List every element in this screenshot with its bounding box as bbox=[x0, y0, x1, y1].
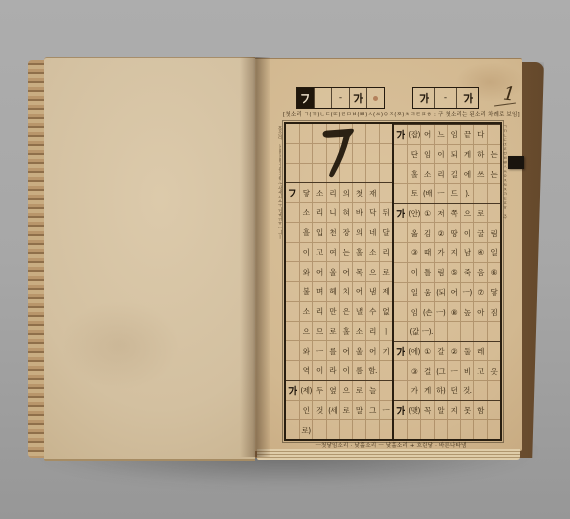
grid-cell: 갈 bbox=[434, 342, 447, 361]
grid-cell: 이 bbox=[339, 361, 352, 380]
grid-cell: ㅡ bbox=[434, 184, 447, 203]
grid-cell: 죽 bbox=[460, 263, 473, 282]
grid-cell: 높 bbox=[460, 302, 473, 321]
grid-cell: 를 bbox=[326, 341, 339, 360]
grid-row: 일움(되어ㅡ)⑦닿 bbox=[394, 282, 500, 302]
grid-cell: 꼭 bbox=[420, 401, 433, 420]
grid-cell: 기 bbox=[379, 341, 392, 360]
grid-cell: 하) bbox=[434, 381, 447, 400]
grid-cell: 와 bbox=[299, 262, 312, 281]
photo-of-open-book: - - 1 [첫소리 ㄱ(ㄲ)ㄴㄷ(ㄸ)ㄹㅁㅂ(ㅃ)ㅅ(ㅆ)ㅇㅈ(ㅉ)ㅊㅋㅌㅍㅎ… bbox=[0, 0, 570, 519]
grid-row: (제)두옆으로늘 bbox=[286, 380, 392, 400]
grid-cell: 리 bbox=[326, 183, 339, 202]
grid-cell: 리 bbox=[379, 243, 392, 262]
headword bbox=[394, 322, 407, 341]
grid-cell: 는 bbox=[487, 145, 500, 164]
consonant-index-legend: [첫소리 ㄱ(ㄲ)ㄴㄷ(ㄸ)ㄹㅁㅂ(ㅃ)ㅅ(ㅆ)ㅇㅈ(ㅉ)ㅊㅋㅌㅍㅎ : 구 첫… bbox=[283, 110, 521, 121]
grid-cell: 끝 bbox=[460, 125, 473, 144]
grid-cell: 수 bbox=[365, 302, 378, 321]
grid-cell bbox=[365, 144, 378, 163]
grid-cell: 혀 bbox=[339, 203, 352, 222]
headword bbox=[286, 282, 299, 301]
grid-cell: 의 bbox=[339, 183, 352, 202]
grid-cell: 소 bbox=[312, 183, 325, 202]
dictionary-grid: 닿소리의첫재소리니혀바닥뒤흘입천장의네달이고여는홀소리와어울어목으로불며헤치어냄… bbox=[284, 122, 502, 441]
grid-cell: 일 bbox=[407, 283, 420, 302]
grid-cell: 으 bbox=[339, 381, 352, 400]
headword bbox=[286, 223, 299, 242]
grid-cell: 소 bbox=[420, 164, 433, 183]
grid-cell bbox=[473, 381, 486, 400]
grid-cell bbox=[487, 342, 500, 361]
grid-cell: 이 bbox=[460, 223, 473, 242]
grid-cell: 의 bbox=[352, 223, 365, 242]
grid-cell: 소 bbox=[299, 203, 312, 222]
grid-cell bbox=[487, 401, 500, 420]
headword bbox=[286, 203, 299, 222]
grid-cell: 늘 bbox=[365, 381, 378, 400]
grid-row: 와ㅡ를어울어기 bbox=[286, 340, 392, 360]
grid-cell: 네 bbox=[365, 223, 378, 242]
grid-cell: 때 bbox=[420, 243, 433, 262]
grid-cell: 홀 bbox=[352, 243, 365, 262]
grid-cell: 울 bbox=[352, 341, 365, 360]
headword bbox=[394, 243, 407, 262]
grid-cell: 저 bbox=[434, 204, 447, 223]
grid-cell: 던 bbox=[447, 381, 460, 400]
grid-row bbox=[394, 419, 500, 439]
grid-cell: (배 bbox=[420, 184, 433, 203]
grid-cell bbox=[420, 420, 433, 439]
grid-cell: 그 bbox=[365, 401, 378, 420]
grid-row: 옮김②땅이굴림 bbox=[394, 222, 500, 242]
grid-cell bbox=[473, 420, 486, 439]
grid-cell bbox=[487, 204, 500, 223]
grid-cell bbox=[434, 420, 447, 439]
grid-cell: ⑤ bbox=[447, 263, 460, 282]
grid-row: (맺)꼭알지못함 bbox=[394, 400, 500, 420]
grid-row: 닿소리의첫재 bbox=[286, 182, 392, 202]
grid-cell: 으 bbox=[299, 322, 312, 341]
guide-cell bbox=[456, 88, 478, 108]
grid-cell: 제 bbox=[379, 282, 392, 301]
headword bbox=[286, 144, 299, 163]
grid-cell: (에) bbox=[407, 342, 420, 361]
grid-cell: ② bbox=[447, 342, 460, 361]
headword bbox=[394, 420, 407, 439]
grid-cell: 고 bbox=[312, 243, 325, 262]
grid-cell: 홀 bbox=[339, 322, 352, 341]
grid-cell: (안) bbox=[407, 204, 420, 223]
grid-cell: 로 bbox=[352, 381, 365, 400]
grid-cell: ⑧ bbox=[447, 302, 460, 321]
grid-cell bbox=[379, 164, 392, 183]
headword bbox=[394, 145, 407, 164]
headword bbox=[286, 302, 299, 321]
grid-cell bbox=[379, 144, 392, 163]
grid-cell: 목 bbox=[352, 262, 365, 281]
grid-cell: 로 bbox=[473, 204, 486, 223]
big-letter-giyeok bbox=[320, 127, 356, 181]
grid-cell: 알 bbox=[434, 401, 447, 420]
grid-column-right: (잡)어느임끝다단임이되게하는홀소리길에쓰는토(배ㅡ드).(안)①저쪽으로옮김②… bbox=[392, 124, 500, 439]
grid-cell: 리 bbox=[365, 322, 378, 341]
headword bbox=[286, 164, 299, 183]
grid-row: 으므로홀소리ㅣ bbox=[286, 321, 392, 341]
grid-cell bbox=[365, 124, 378, 143]
grid-cell: 지 bbox=[447, 243, 460, 262]
grid-cell: 어 bbox=[312, 262, 325, 281]
grid-row: 소리만은낼수없 bbox=[286, 301, 392, 321]
grid-cell: (제) bbox=[299, 381, 312, 400]
headword bbox=[394, 283, 407, 302]
grid-cell: 바 bbox=[352, 203, 365, 222]
grid-cell bbox=[379, 124, 392, 143]
grid-cell: 림 bbox=[434, 263, 447, 282]
grid-row: 흘입천장의네달 bbox=[286, 222, 392, 242]
grid-cell: 두 bbox=[312, 381, 325, 400]
grid-cell: 닿 bbox=[299, 183, 312, 202]
grid-cell: 라 bbox=[326, 361, 339, 380]
grid-cell: 소 bbox=[365, 243, 378, 262]
grid-cell: 은 bbox=[339, 302, 352, 321]
grid-cell: 홀 bbox=[407, 164, 420, 183]
grid-cell: 쓰 bbox=[473, 164, 486, 183]
grid-row: (에)①갈②둘레 bbox=[394, 341, 500, 361]
grid-cell bbox=[447, 420, 460, 439]
grid-cell: ③ bbox=[407, 243, 420, 262]
headword bbox=[394, 361, 407, 380]
grid-cell: 함 bbox=[473, 401, 486, 420]
headword bbox=[394, 164, 407, 183]
headword bbox=[286, 401, 299, 420]
grid-cell: 길 bbox=[447, 164, 460, 183]
grid-cell: 는 bbox=[339, 243, 352, 262]
grid-cell: 불 bbox=[299, 282, 312, 301]
footer-legend: ㅡ첫닿임소리 · 낮홀소리 ㅡ 낮홀소리 + 흐린닿 · 바른나타냄 bbox=[283, 441, 499, 451]
grid-cell: 인 bbox=[299, 401, 312, 420]
grid-cell: 말 bbox=[352, 401, 365, 420]
grid-cell: 음 bbox=[473, 263, 486, 282]
guide-cell bbox=[297, 88, 314, 108]
grid-cell: 되 bbox=[447, 145, 460, 164]
grid-cell: 땅 bbox=[447, 223, 460, 242]
grid-cell: 어 bbox=[447, 283, 460, 302]
grid-cell: 임 bbox=[420, 145, 433, 164]
grid-cell: 역 bbox=[299, 361, 312, 380]
grid-cell: 단 bbox=[407, 145, 420, 164]
grid-cell: 리 bbox=[312, 203, 325, 222]
grid-cell: 림 bbox=[487, 223, 500, 242]
grid-cell: 으 bbox=[365, 262, 378, 281]
grid-row: 소리니혀바닥뒤 bbox=[286, 202, 392, 222]
grid-cell: (잡) bbox=[407, 125, 420, 144]
grid-row: 역이라이름함. bbox=[286, 360, 392, 380]
grid-cell: ④ bbox=[473, 243, 486, 262]
headword bbox=[394, 401, 407, 420]
grid-cell: 소 bbox=[299, 302, 312, 321]
grid-cell bbox=[312, 420, 325, 439]
grid-cell: 장 bbox=[339, 223, 352, 242]
headword bbox=[286, 381, 299, 400]
grid-cell: 첫 bbox=[352, 183, 365, 202]
grid-cell: 로 bbox=[339, 401, 352, 420]
grid-row: 가게하)던것. bbox=[394, 380, 500, 400]
grid-cell: 닥 bbox=[365, 203, 378, 222]
grid-cell: 가 bbox=[434, 243, 447, 262]
guide-cell bbox=[413, 88, 434, 108]
headword bbox=[394, 342, 407, 361]
grid-cell bbox=[299, 144, 312, 163]
grid-cell: 못 bbox=[460, 401, 473, 420]
grid-cell: 로 bbox=[326, 322, 339, 341]
grid-cell bbox=[460, 420, 473, 439]
grid-cell: 것. bbox=[460, 381, 473, 400]
grid-row: 와어울어목으로 bbox=[286, 261, 392, 281]
grid-row: 토(배ㅡ드). bbox=[394, 183, 500, 203]
grid-cell: (맺) bbox=[407, 401, 420, 420]
headword bbox=[286, 262, 299, 281]
grid-cell: 남 bbox=[460, 243, 473, 262]
grid-cell bbox=[473, 184, 486, 203]
grid-cell: 어 bbox=[420, 125, 433, 144]
grid-cell: 뒤 bbox=[379, 203, 392, 222]
headword bbox=[394, 381, 407, 400]
guide-word-box-right: - bbox=[412, 87, 479, 109]
grid-cell: ① bbox=[420, 204, 433, 223]
grid-cell: 움 bbox=[420, 283, 433, 302]
grid-cell: 옆 bbox=[326, 381, 339, 400]
grid-cell: 김 bbox=[420, 223, 433, 242]
grid-cell: 치 bbox=[339, 282, 352, 301]
grid-row: (잡)어느임끝다 bbox=[394, 124, 500, 144]
grid-cell bbox=[365, 164, 378, 183]
grid-cell: 천 bbox=[326, 223, 339, 242]
grid-row: 인것(세로말그ㅡ bbox=[286, 400, 392, 420]
grid-cell bbox=[460, 322, 473, 341]
grid-cell: ㅡ bbox=[312, 341, 325, 360]
grid-cell: 임 bbox=[407, 302, 420, 321]
guide-cell: - bbox=[434, 88, 456, 108]
left-page-blank bbox=[44, 57, 255, 461]
grid-cell bbox=[407, 420, 420, 439]
grid-cell: 느 bbox=[434, 125, 447, 144]
grid-cell: 가 bbox=[407, 381, 420, 400]
grid-cell: ㅡ bbox=[447, 361, 460, 380]
grid-cell: 으 bbox=[460, 204, 473, 223]
grid-cell bbox=[379, 183, 392, 202]
grid-cell: 여 bbox=[326, 243, 339, 262]
grid-cell: 에 bbox=[460, 164, 473, 183]
grid-column-left: 닿소리의첫재소리니혀바닥뒤흘입천장의네달이고여는홀소리와어울어목으로불며헤치어냄… bbox=[286, 124, 392, 439]
grid-cell: 름 bbox=[352, 361, 365, 380]
grid-cell: ). bbox=[460, 184, 473, 203]
guide-word-box-left: - bbox=[296, 87, 385, 109]
gutter-shadow bbox=[240, 57, 270, 457]
headword bbox=[394, 204, 407, 223]
grid-cell: 것 bbox=[312, 401, 325, 420]
guide-cell bbox=[366, 88, 384, 108]
grid-cell: 짐 bbox=[487, 302, 500, 321]
grid-cell: (세 bbox=[326, 401, 339, 420]
grid-cell bbox=[339, 420, 352, 439]
grid-cell bbox=[326, 420, 339, 439]
grid-cell bbox=[299, 124, 312, 143]
grid-cell: 레 bbox=[473, 342, 486, 361]
grid-cell: ㅡ bbox=[379, 401, 392, 420]
grid-cell: 옷 bbox=[487, 361, 500, 380]
grid-cell: 고 bbox=[473, 361, 486, 380]
headword bbox=[394, 184, 407, 203]
grid-cell: 비 bbox=[460, 361, 473, 380]
grid-cell bbox=[487, 322, 500, 341]
headword bbox=[394, 302, 407, 321]
headword bbox=[394, 125, 407, 144]
grid-row: ③때가지남④일 bbox=[394, 242, 500, 262]
grid-cell: 소 bbox=[352, 322, 365, 341]
grid-cell: ㅡ) bbox=[434, 302, 447, 321]
stamp-dot bbox=[373, 96, 378, 101]
grid-cell: 게 bbox=[460, 145, 473, 164]
headword bbox=[286, 183, 299, 202]
grid-cell: 어 bbox=[365, 341, 378, 360]
grid-cell: 아 bbox=[473, 302, 486, 321]
grid-cell: 리 bbox=[312, 302, 325, 321]
grid-cell: 재 bbox=[365, 183, 378, 202]
grid-cell: 이 bbox=[434, 145, 447, 164]
headword bbox=[286, 124, 299, 143]
grid-cell bbox=[487, 125, 500, 144]
grid-cell: 흘 bbox=[299, 223, 312, 242]
grid-cell bbox=[447, 322, 460, 341]
grid-cell bbox=[434, 322, 447, 341]
grid-row: 이고여는홀소리 bbox=[286, 242, 392, 262]
grid-cell: 둘 bbox=[460, 342, 473, 361]
grid-cell: 임 bbox=[447, 125, 460, 144]
headword bbox=[286, 243, 299, 262]
grid-cell: 일 bbox=[487, 243, 500, 262]
grid-row: 임(손ㅡ)⑧높아짐 bbox=[394, 301, 500, 321]
guide-cell bbox=[349, 88, 367, 108]
grid-cell bbox=[365, 420, 378, 439]
grid-cell: 어 bbox=[339, 341, 352, 360]
grid-cell: 쪽 bbox=[447, 204, 460, 223]
grid-cell: 닿 bbox=[487, 283, 500, 302]
grid-cell: 는 bbox=[487, 164, 500, 183]
grid-cell bbox=[379, 361, 392, 380]
grid-row: 불며헤치어냄제 bbox=[286, 281, 392, 301]
grid-cell: ② bbox=[434, 223, 447, 242]
grid-cell: 하 bbox=[473, 145, 486, 164]
grid-cell bbox=[487, 184, 500, 203]
headword bbox=[394, 223, 407, 242]
grid-cell: 게 bbox=[420, 381, 433, 400]
grid-cell: 이 bbox=[407, 263, 420, 282]
grid-cell: (되 bbox=[434, 283, 447, 302]
grid-cell: 이 bbox=[299, 243, 312, 262]
grid-cell: 어 bbox=[339, 262, 352, 281]
guide-cell bbox=[314, 88, 332, 108]
grid-cell: 낼 bbox=[352, 302, 365, 321]
grid-cell bbox=[473, 322, 486, 341]
grid-cell: 다 bbox=[473, 125, 486, 144]
grid-cell: 울 bbox=[326, 262, 339, 281]
grid-cell: 입 bbox=[312, 223, 325, 242]
grid-cell: 니 bbox=[326, 203, 339, 222]
grid-cell bbox=[487, 420, 500, 439]
grid-cell: ① bbox=[420, 342, 433, 361]
grid-cell: 로 bbox=[379, 262, 392, 281]
grid-row: 홀소리길에쓰는 bbox=[394, 163, 500, 183]
grid-cell: 만 bbox=[326, 302, 339, 321]
grid-cell: (값 bbox=[407, 322, 420, 341]
grid-cell: ㅡ). bbox=[420, 322, 433, 341]
grid-cell: 로) bbox=[299, 420, 312, 439]
grid-cell bbox=[487, 381, 500, 400]
grid-cell: ⑦ bbox=[473, 283, 486, 302]
grid-cell: ㅣ bbox=[379, 322, 392, 341]
grid-cell: ③ bbox=[407, 361, 420, 380]
grid-cell: 지 bbox=[447, 401, 460, 420]
grid-cell: 달 bbox=[379, 223, 392, 242]
grid-cell: 걸 bbox=[420, 361, 433, 380]
grid-cell: ⑥ bbox=[487, 263, 500, 282]
grid-row: 단임이되게하는 bbox=[394, 144, 500, 164]
grid-cell: 없 bbox=[379, 302, 392, 321]
grid-cell: 냄 bbox=[365, 282, 378, 301]
grid-cell: 옮 bbox=[407, 223, 420, 242]
grid-cell: 틀 bbox=[420, 263, 433, 282]
grid-row: (값ㅡ). bbox=[394, 321, 500, 341]
grid-cell bbox=[352, 420, 365, 439]
grid-row: ③걸(그ㅡ비고옷 bbox=[394, 360, 500, 380]
grid-cell: 굴 bbox=[473, 223, 486, 242]
grid-cell: 어 bbox=[352, 282, 365, 301]
headword bbox=[286, 341, 299, 360]
headword bbox=[286, 322, 299, 341]
grid-cell: 리 bbox=[434, 164, 447, 183]
grid-cell bbox=[379, 381, 392, 400]
grid-cell: 토 bbox=[407, 184, 420, 203]
grid-cell: 와 bbox=[299, 341, 312, 360]
margin-legend-left: 홀소리 ㅏㅐㅑㅒㅓㅔㅕㅖㅗㅘㅙㅚㅛㅜㅝㅞㅟㅠㅡㅢㅣ bbox=[275, 126, 283, 336]
thumb-index-tab bbox=[508, 156, 524, 169]
grid-cell: (그 bbox=[434, 361, 447, 380]
grid-row: (안)①저쪽으로 bbox=[394, 203, 500, 223]
headword bbox=[394, 263, 407, 282]
grid-row: 로) bbox=[286, 419, 392, 439]
grid-cell: 함. bbox=[365, 361, 378, 380]
grid-cell: 드 bbox=[447, 184, 460, 203]
grid-cell: 이 bbox=[312, 361, 325, 380]
grid-cell bbox=[299, 164, 312, 183]
headword bbox=[286, 420, 299, 439]
grid-cell: 며 bbox=[312, 282, 325, 301]
headword bbox=[286, 361, 299, 380]
grid-row: 이틀림⑤죽음⑥ bbox=[394, 262, 500, 282]
grid-cell: 므 bbox=[312, 322, 325, 341]
grid-cell bbox=[379, 420, 392, 439]
grid-cell: (손 bbox=[420, 302, 433, 321]
guide-cell: - bbox=[331, 88, 349, 108]
grid-cell: ㅡ) bbox=[460, 283, 473, 302]
grid-cell: 헤 bbox=[326, 282, 339, 301]
